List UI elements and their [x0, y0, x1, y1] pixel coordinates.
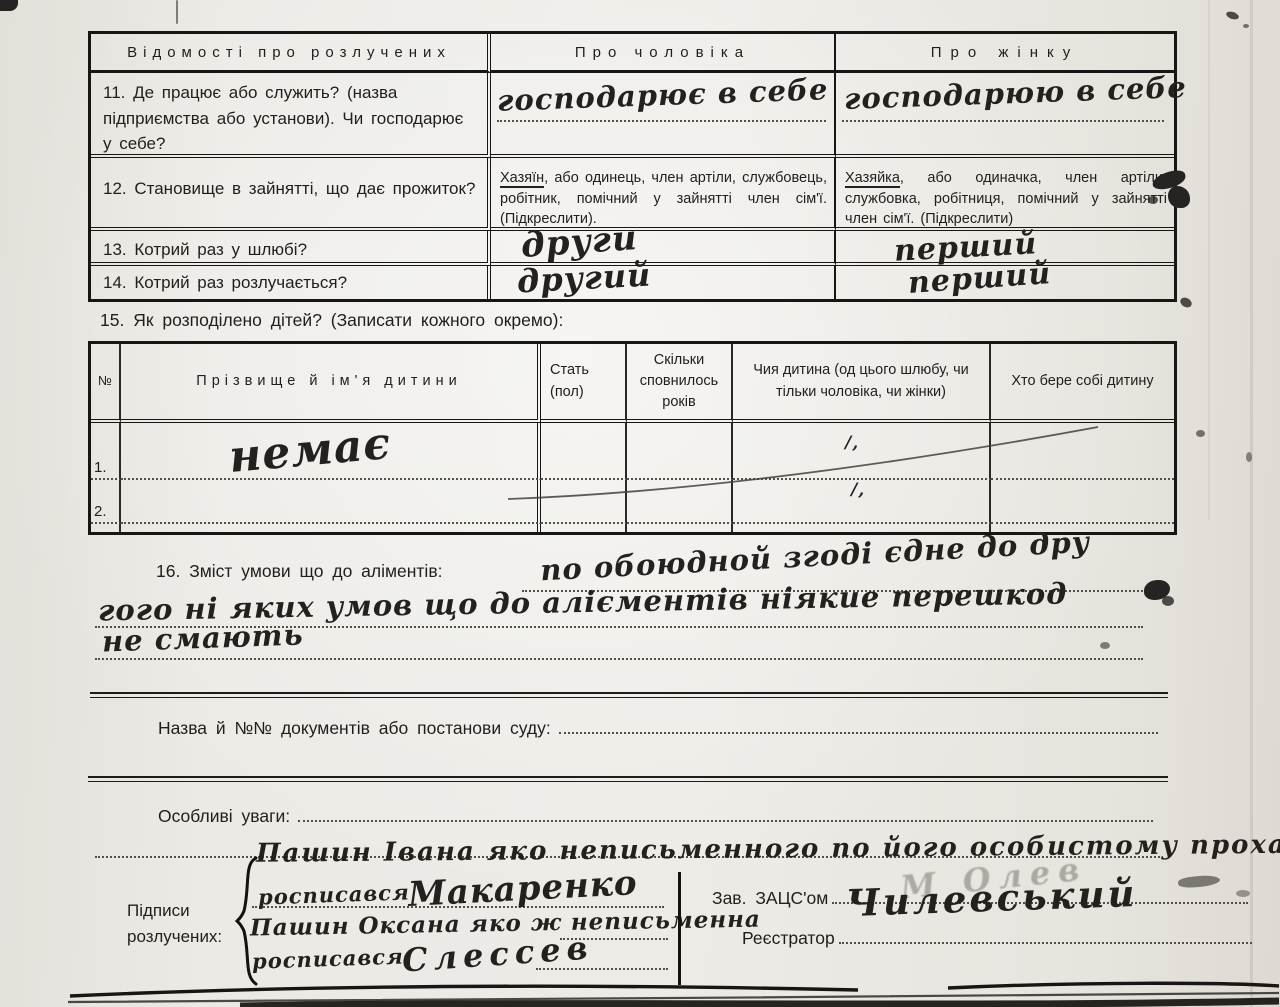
row-2-number: 2.	[91, 480, 121, 524]
answer-14-man: другий	[491, 266, 836, 299]
children-table: № Прізвище й ім'я дитини Стать (пол) Скі…	[88, 341, 1177, 535]
col-header-child-name: Прізвище й ім'я дитини	[121, 344, 541, 423]
section-divider-2	[88, 776, 1168, 782]
row-1-whose-cell: /,	[733, 423, 991, 480]
underlined-khaziaika: Хазяйка	[845, 170, 900, 188]
question-15: 15. Як розподілено дітей? (Записати кожн…	[100, 310, 563, 331]
col-header-sex: Стать (пол)	[541, 344, 627, 423]
zags-head-label: Зав. ЗАЦС'ом	[712, 888, 828, 909]
table1-header-woman: Про жінку	[836, 34, 1174, 73]
handwriting-signedby-2: росписався.	[252, 945, 413, 972]
remarks-entry-line	[298, 806, 1153, 822]
underlined-khazain: Хазяїн	[500, 170, 544, 188]
handwriting-signedby-1: росписався	[258, 881, 410, 907]
answer-14-woman: перший	[836, 266, 1174, 299]
col-header-number: №	[91, 344, 121, 423]
handwriting-11-woman: господарюю в себе	[844, 73, 1188, 114]
row-1-age-cell	[627, 423, 733, 480]
row-2-age-cell	[627, 480, 733, 524]
answer-12-man: Хазяїн, або одинець, член артіли, службо…	[491, 158, 836, 231]
options-text-man: , або одинець, член артіли, службовець, …	[500, 170, 827, 227]
table1-header-info: Відомості про розлучених	[91, 34, 491, 73]
registrar-signature-line	[839, 928, 1252, 944]
bottom-edge-lines	[0, 973, 1280, 1007]
question-12: 12. Становище в зайнятті, що дає прожито…	[91, 158, 491, 231]
handwriting-14-woman: перший	[907, 259, 1052, 299]
row-1-name-cell: немає	[121, 423, 541, 480]
row-1-tick-mark: /,	[845, 435, 859, 452]
row-1-sex-cell	[541, 423, 627, 480]
handwriting-14-man: другий	[516, 259, 652, 298]
registrar-signature: Чилевський	[845, 875, 1138, 922]
documents-label: Назва й №№ документів або постанови суду…	[158, 718, 551, 739]
row-1-taker-cell	[991, 423, 1174, 480]
answer-11-man: господарює в себе	[491, 73, 836, 158]
spouses-info-table: Відомості про розлучених Про чоловіка Пр…	[88, 31, 1177, 302]
row-2-taker-cell	[991, 480, 1174, 524]
divorce-record-form: Відомості про розлучених Про чоловіка Пр…	[0, 0, 1280, 1007]
col-header-whose-child: Чия дитина (од цього шлюбу, чи тільки чо…	[733, 344, 991, 423]
question-14: 14. Котрий раз розлучається?	[91, 266, 491, 299]
col-header-age: Скільки сповнилось років	[627, 344, 733, 423]
answer-12-woman: Хазяйка, або одиначка, член артіли, служ…	[836, 158, 1174, 231]
row-2-sex-cell	[541, 480, 627, 524]
table1-header-man: Про чоловіка	[491, 34, 836, 73]
row-2-whose-cell: /,	[733, 480, 991, 524]
question-11: 11. Де працює або служить? (назва підпри…	[91, 73, 491, 158]
handwriting-none: немає	[227, 422, 392, 480]
row-2-name-cell	[121, 480, 541, 524]
row-1-number: 1.	[91, 423, 121, 480]
row-2-tick-mark: /,	[851, 482, 865, 499]
answer-11-woman: господарюю в себе	[836, 73, 1174, 158]
officials-divider	[678, 872, 681, 985]
remarks-label: Особливі уваги:	[158, 806, 290, 827]
documents-entry-line	[559, 718, 1158, 734]
section-divider-1	[90, 692, 1168, 698]
question-16: 16. Зміст умови що до аліментів:	[156, 561, 442, 582]
handwriting-16-line3: не смають	[102, 620, 304, 656]
col-header-who-takes: Хто бере собі дитину	[991, 344, 1174, 423]
handwriting-11-man: господарює в себе	[497, 75, 829, 116]
registrar-label: Реєстратор	[742, 928, 835, 949]
question-13: 13. Котрий раз у шлюбі?	[91, 231, 491, 266]
handwriting-signature-note: Пашин Івана яко неписьменного по його ос…	[256, 831, 1280, 867]
